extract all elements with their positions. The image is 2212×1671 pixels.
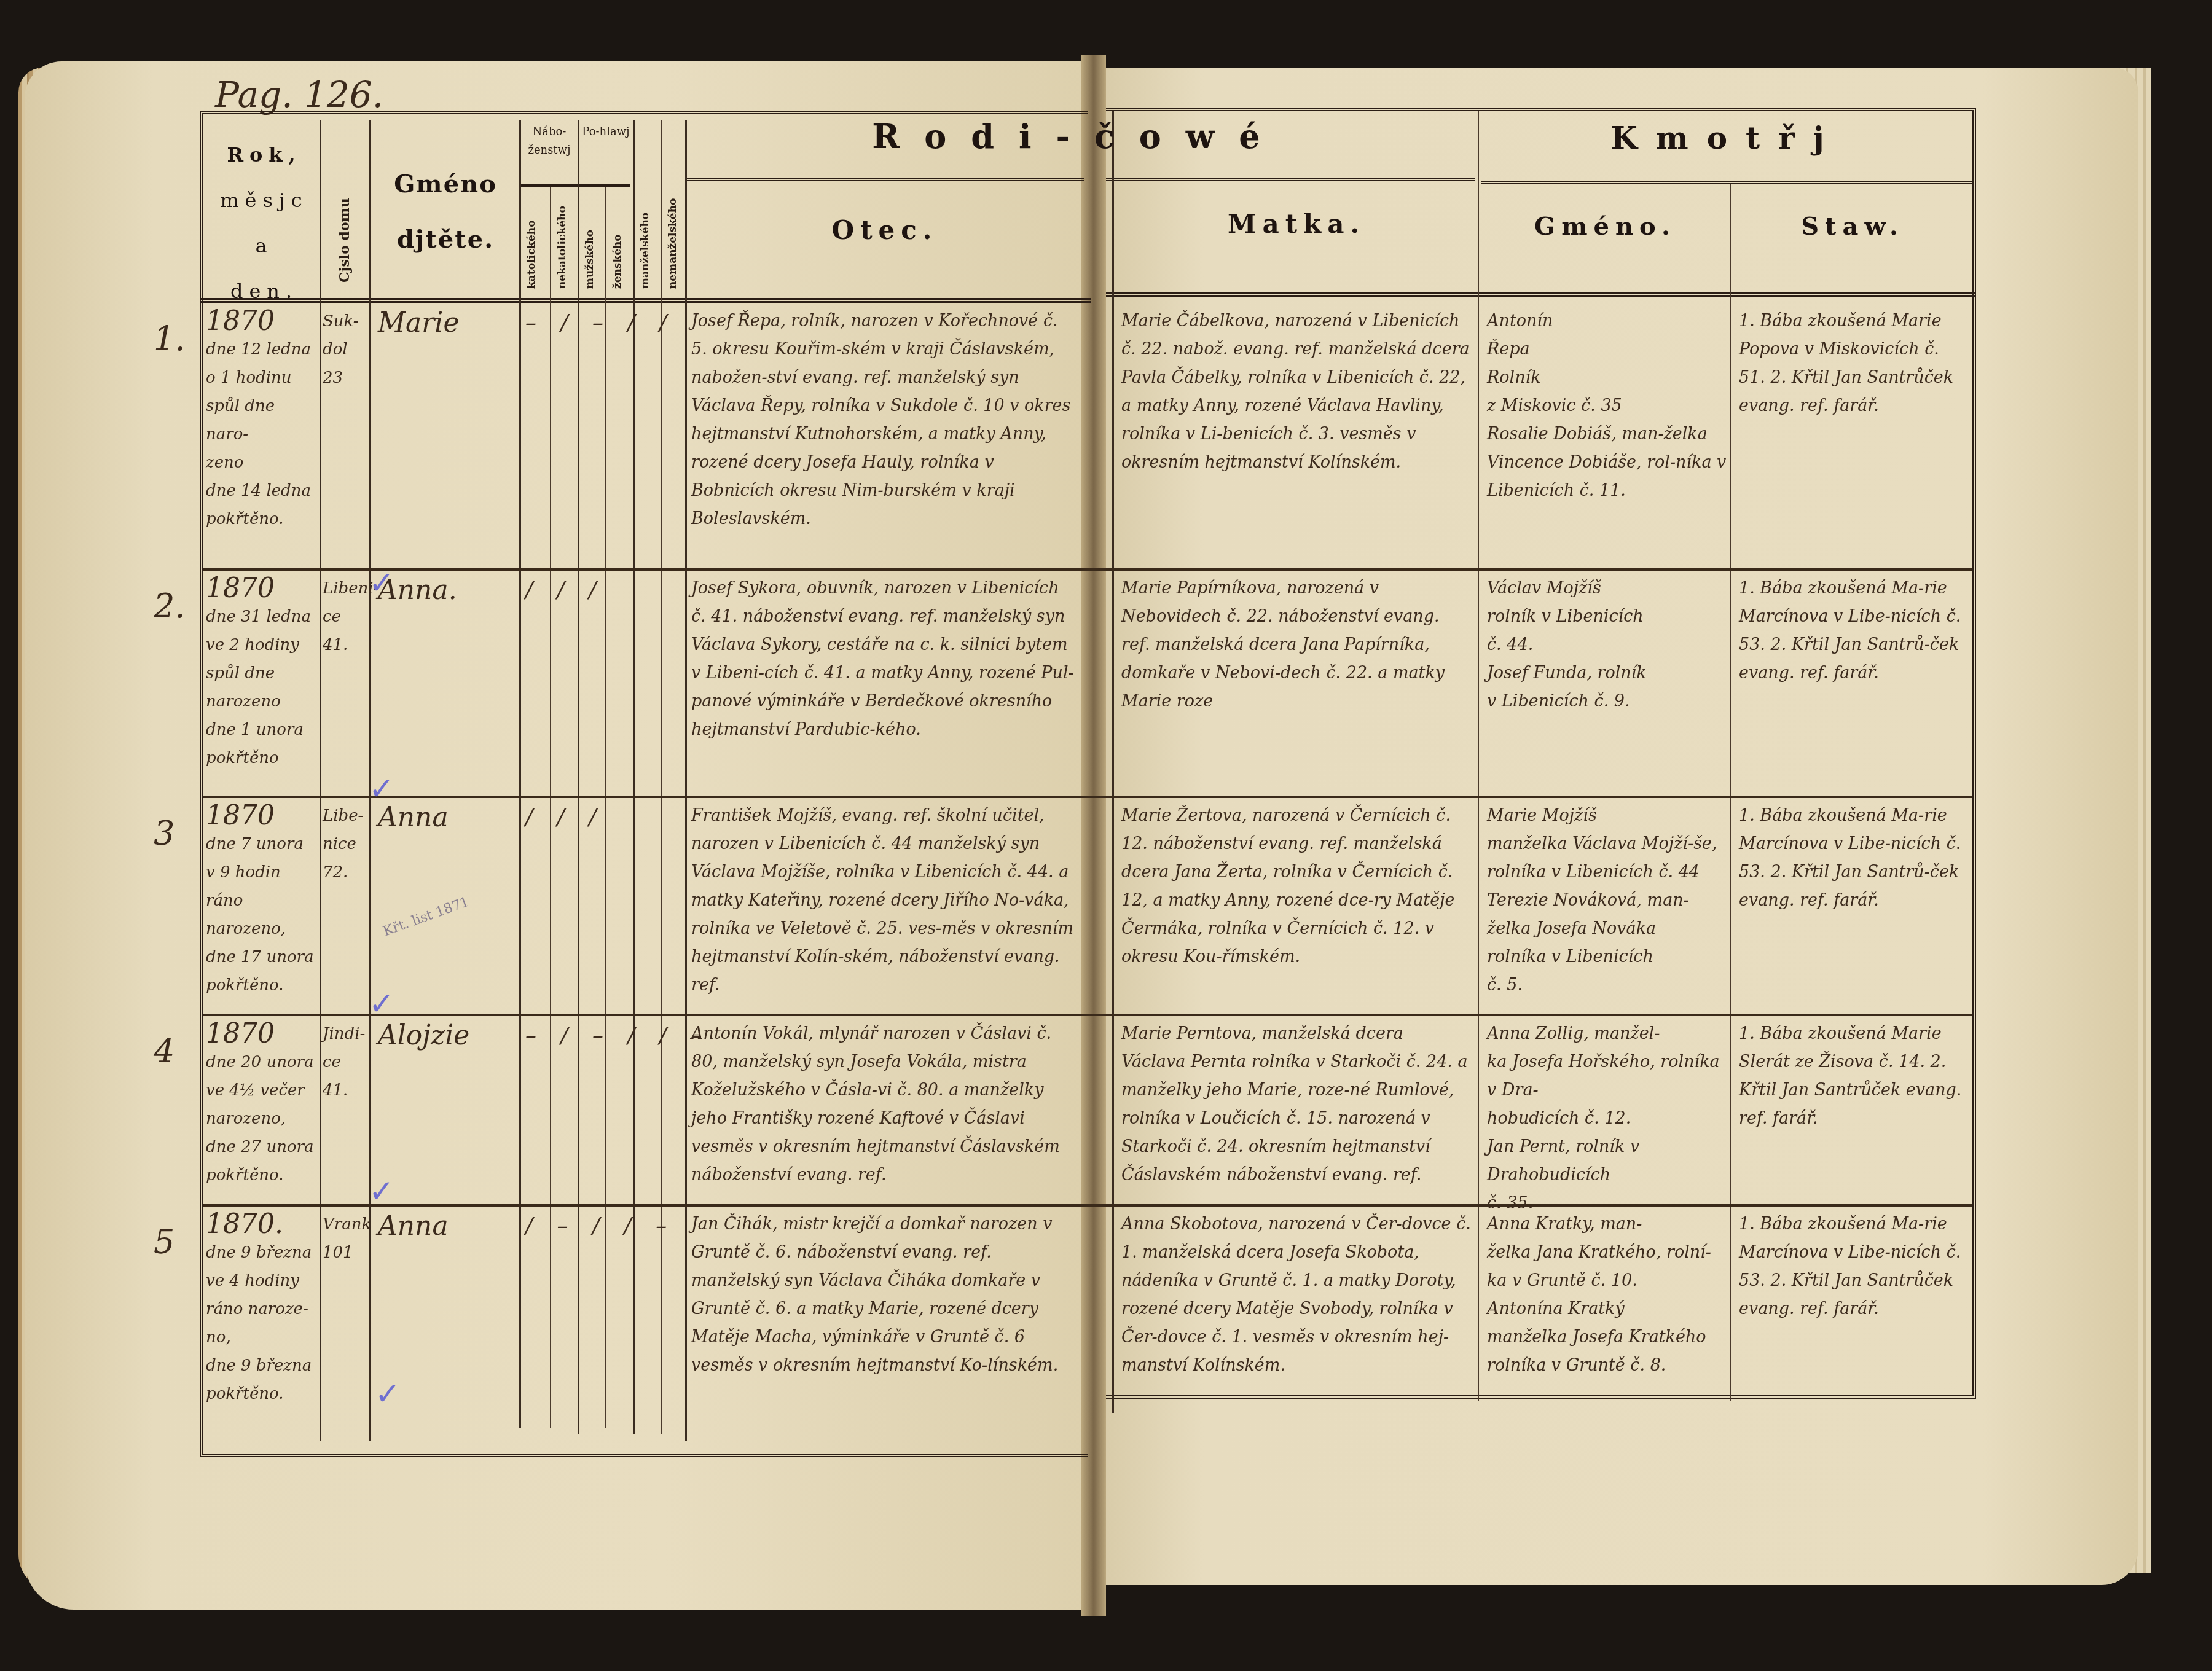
entry-house-line: ce [323,603,369,631]
entry-house-line: dol [323,335,369,364]
entry-godparents: Anna Zollig, manžel-ka Josefa Hořského, … [1487,1020,1727,1218]
entry-godparent-line: Terezie Nováková, man-želka Josefa Novák… [1487,886,1727,943]
col-divider [685,120,687,1441]
entry-date-line: spůl dne [206,659,320,687]
entry-date: 1870dne 20 unorave 4½ večernarozeno,dne … [206,1020,320,1189]
entry-house-line: Libe- [323,802,369,830]
col-divider [605,187,606,1428]
header-otec: Otec. [688,215,1081,245]
entry-date: 1870.dne 9 březnave 4 hodinyráno naroze-… [206,1210,320,1408]
header-nekatolickeho: nekatolického [556,190,568,289]
entry-date-line: 1870 [206,307,320,335]
entry-date-line: pokřtěno. [206,505,320,533]
pencil-check-mark: ✓ [375,1376,401,1412]
entry-godparent-line: želka Jana Kratkého, rolní- [1487,1239,1727,1267]
entry-father: Antonín Vokál, mlynář narozen v Čáslavi … [691,1020,1078,1189]
kmotri-subheader-rule [1481,181,1972,184]
pencil-check-mark: ✓ [369,986,394,1022]
entry-godparent-line: v Libenicích č. 9. [1487,687,1727,716]
entry-house: Libeni-ce41. [323,574,369,659]
entry-house: Suk-dol23 [323,307,369,392]
entry-date-line: dne 9 března [206,1352,320,1380]
entry-child-name: Marie [378,307,459,339]
entry-status: 1. Bába zkoušená Ma-rie Marcínova v Libe… [1739,1210,1969,1323]
entry-mother: Marie Žertova, narozená v Černícich č. 1… [1121,802,1472,971]
entry-date: 1870dne 12 lednao 1 hodinuspůl dne naro-… [206,307,320,533]
entry-mother: Anna Skobotova, narozená v Čer-dovce č. … [1121,1210,1472,1380]
entry-date-line: ve 2 hodiny [206,631,320,659]
header-matka: Matka. [1115,209,1478,239]
entry-house: Vrank101 [323,1210,369,1267]
entry-godparent-line: rolníka v Gruntě č. 8. [1487,1352,1727,1380]
entry-marks: / – / / – [525,1213,675,1239]
entry-date-line: dne 17 unora [206,943,320,971]
header-mesic-line: měsjc [212,178,316,223]
entry-date-line: 1870 [206,1020,320,1048]
entry-marks: – / – / / – [525,1023,711,1048]
entry-date-line: narozeno [206,687,320,716]
entry-date-line: dne 20 unora [206,1048,320,1076]
entry-godparent-line: Josef Funda, rolník [1487,659,1727,687]
header-jmeno-line: Gméno [372,157,519,212]
entry-godparents: Václav Mojžíšrolník v Libenicíchč. 44.Jo… [1487,574,1727,716]
pencil-check-mark: ✓ [369,565,394,601]
header-rok: Rok, měsjc a den. [212,132,316,314]
entry-child-name: Alojzie [378,1020,469,1051]
header-a-line: a [212,223,316,268]
entry-child-name: Anna [378,1210,449,1242]
entry-godparent-line: hobudicích č. 12. [1487,1105,1727,1133]
entry-godparent-line: Václav Mojžíš [1487,574,1727,603]
entry-date: 1870dne 7 unorav 9 hodin ránonarozeno,dn… [206,802,320,1000]
entry-date-line: v 9 hodin ráno [206,858,320,915]
entry-house-line: Suk- [323,307,369,335]
header-rok-line: Rok, [212,132,316,178]
entry-date-line: 1870 [206,802,320,830]
entry-godparents: Marie Mojžíšmanželka Václava Mojží-še, r… [1487,802,1727,1000]
entry-house: Libe-nice72. [323,802,369,886]
entry-date-line: dne 12 ledna [206,335,320,364]
nabozenstvi-subheader-rule [519,184,630,187]
entry-godparent-line: Anna Zollig, manžel- [1487,1020,1727,1048]
entry-house-line: 101 [323,1239,369,1267]
entry-date-line: narozeno, [206,915,320,943]
entry-godparent-line: Rosalie Dobiáš, man-želka Vincence Dobiá… [1487,420,1727,505]
entry-status: 1. Bába zkoušená Ma-rie Marcínova v Libe… [1739,802,1969,915]
col-divider [1112,111,1114,1413]
row-separator [203,1014,1972,1016]
entry-status: 1. Bába zkoušená Marie Popova v Miskovic… [1739,307,1969,420]
entry-date-line: no, [206,1323,320,1352]
entry-index: 4 [154,1032,175,1071]
entry-house-line: Libeni- [323,574,369,603]
entry-father: Josef Sykora, obuvník, narozen v Libenic… [691,574,1078,744]
entry-date-line: 1870. [206,1210,320,1239]
header-kmotri-stav: Staw. [1733,212,1972,241]
entry-marks: / / / [525,577,605,603]
pencil-check-mark: ✓ [369,1173,394,1209]
header-rodice: Rodi-čowé [694,117,1462,156]
entry-godparent-line: manželka Václava Mojží-še, rolníka v Lib… [1487,830,1727,886]
entry-godparent-line: rolníka v Libenicích [1487,943,1727,971]
entry-godparent-line: ka v Gruntě č. 10. [1487,1267,1727,1295]
entry-godparent-line: č. 44. [1487,631,1727,659]
entry-marks: – / – / / [525,310,675,335]
entry-godparent-line: Rolník [1487,364,1727,392]
entry-date-line: ráno naroze- [206,1295,320,1323]
entry-date-line: 1870 [206,574,320,603]
entry-godparents: AntonínŘepaRolníkz Miskovic č. 35Rosalie… [1487,307,1727,505]
header-katolickeho: katolického [525,203,538,289]
header-ditete-line: djtěte. [372,212,519,267]
entry-date-line: pokřtěno. [206,1380,320,1408]
col-divider [1478,111,1479,1401]
header-manzelskeho: manželského [639,184,651,289]
entry-house: Jindi-ce41. [323,1020,369,1105]
entry-father: Jan Čihák, mistr krejčí a domkař narozen… [691,1210,1078,1380]
entry-index: 5 [154,1223,175,1261]
entry-godparent-line: manželka Josefa Kratkého [1487,1323,1727,1352]
entry-house-line: nice [323,830,369,858]
header-pohlavi: Po-hlawj [579,123,632,141]
entry-house-line: Vrank [323,1210,369,1239]
entry-status: 1. Bába zkoušená Ma-rie Marcínova v Libe… [1739,574,1969,687]
entry-godparent-line: Řepa [1487,335,1727,364]
header-jmeno-ditete: Gméno djtěte. [372,157,519,267]
entry-house-line: 41. [323,1076,369,1105]
entry-date-line: dne 7 unora [206,830,320,858]
entry-date-line: ve 4 hodiny [206,1267,320,1295]
entry-status: 1. Bába zkoušená Marie Slerát ze Žisova … [1739,1020,1969,1133]
entry-father: Josef Řepa, rolník, narozen v Kořechnové… [691,307,1078,533]
entry-date-line: ve 4½ večer [206,1076,320,1105]
header-nabozenstvi: Nábo-ženstwj [521,123,578,160]
header-kmotri-jmeno: Gméno. [1481,212,1730,241]
entry-mother: Marie Čábelkova, narozená v Libenicích č… [1121,307,1472,477]
entry-date-line: dne 14 ledna [206,477,320,505]
entry-godparent-line: Jan Pernt, rolník v Drahobudicích [1487,1133,1727,1189]
entry-date-line: pokřtěno [206,744,320,772]
entry-father: František Mojžíš, evang. ref. školní uči… [691,802,1078,1000]
entry-godparent-line: č. 5. [1487,971,1727,1000]
entry-godparent-line: Antonína Kratký [1487,1295,1727,1323]
entry-date-line: dne 1 unora [206,716,320,744]
entry-godparent-line: ka Josefa Hořského, rolníka v Dra- [1487,1048,1727,1105]
row-separator [203,796,1972,798]
row-separator [203,568,1972,571]
entry-house-line: 41. [323,631,369,659]
entry-house-line: 23 [323,364,369,392]
entry-date-line: dne 9 března [206,1239,320,1267]
header-rule-right [1106,292,1975,297]
col-divider [519,120,521,1428]
entry-date-line: pokřtěno. [206,1161,320,1189]
header-muzskeho: mužského [584,203,596,289]
entry-house-line: Jindi- [323,1020,369,1048]
entry-date-line: pokřtěno. [206,971,320,1000]
entry-date-line: spůl dne naro- [206,392,320,448]
entry-index: 1. [154,319,186,358]
header-kmotri: Kmotřj [1481,120,1972,156]
entry-date-line: dne 31 ledna [206,603,320,631]
header-nemanzelskeho: nemanželského [667,172,679,289]
entry-index: 3 [154,814,175,853]
entry-godparent-line: Anna Kratky, man- [1487,1210,1727,1239]
header-zenskeho: ženského [611,203,624,289]
entry-godparent-line: z Miskovic č. 35 [1487,392,1727,420]
entry-marks: / / / [525,805,605,830]
entry-index: 2. [154,587,186,625]
entry-mother: Marie Papírníkova, narozená v Nebovidech… [1121,574,1472,716]
entry-godparents: Anna Kratky, man-želka Jana Kratkého, ro… [1487,1210,1727,1380]
pencil-check-mark: ✓ [369,771,394,807]
entry-godparent-line: Antonín [1487,307,1727,335]
col-divider [1730,184,1731,1401]
page-label: Pag. 126. [215,74,383,115]
entry-date: 1870dne 31 lednave 2 hodinyspůl dnenaroz… [206,574,320,772]
entry-godparent-line: rolník v Libenicích [1487,603,1727,631]
col-divider [320,120,321,1441]
entry-date-line: dne 27 unora [206,1133,320,1161]
header-cislo-domu: Cjslo domu [337,178,353,283]
entry-house-line: 72. [323,858,369,886]
rodice-subheader-rule-right [1106,178,1475,181]
entry-date-line: zeno [206,448,320,477]
entry-mother: Marie Perntova, manželská dcera Václava … [1121,1020,1472,1189]
entry-house-line: ce [323,1048,369,1076]
entry-date-line: o 1 hodinu [206,364,320,392]
rodice-subheader-rule-left [685,178,1084,181]
header-rule-left [200,298,1091,303]
entry-date-line: narozeno, [206,1105,320,1133]
entry-godparent-line: Marie Mojžíš [1487,802,1727,830]
